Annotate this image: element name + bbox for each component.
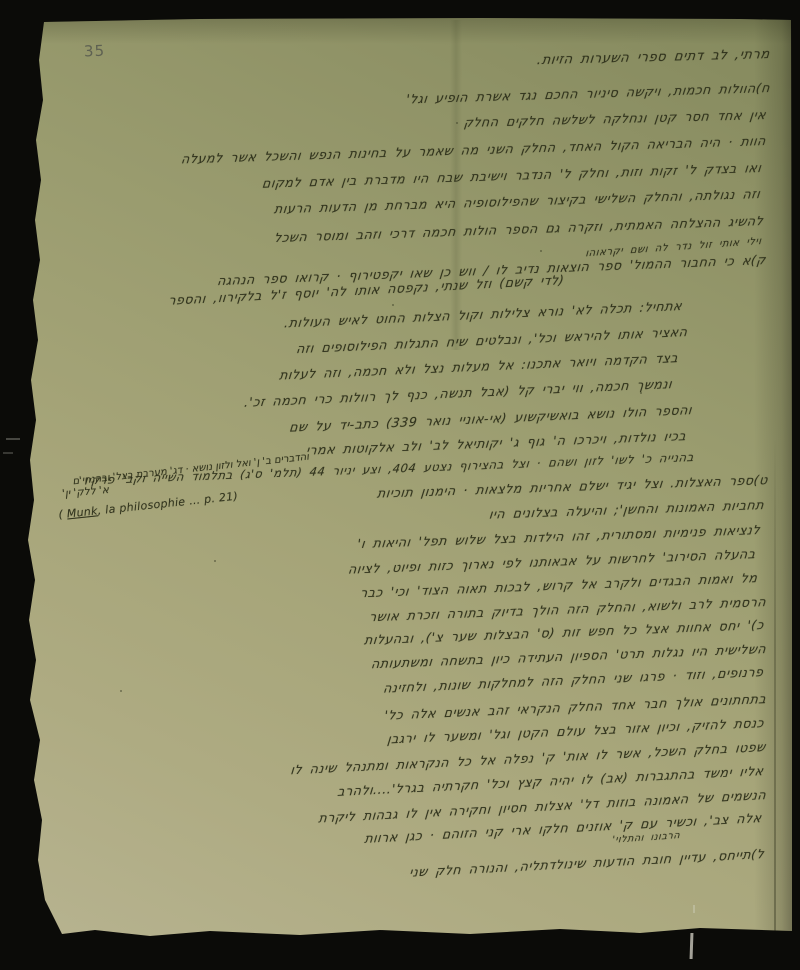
manuscript-line: ואו בצדק ל' זקות וזות, וחלק ל' הנדבר ויש… bbox=[262, 160, 763, 191]
manuscript-text-layer: מרתי, לב דתים ספרי השערות הזיות.ח)הוולות… bbox=[0, 0, 800, 970]
manuscript-line: הוות · היה הבריאה הקול האחד, החלק השני מ… bbox=[180, 133, 767, 166]
manuscript-line: וזה נגולתה, והחלק השלישי בקיצור שהפילוסו… bbox=[273, 186, 761, 216]
mat-scratch bbox=[690, 933, 694, 959]
scanned-page-photo: 35 מרתי, לב דתים ספרי השערות הזיות.ח)הוו… bbox=[0, 0, 800, 970]
manuscript-line: אין אחד חסר קטן ונחלקה לשלשה חלקים החלק bbox=[463, 107, 767, 130]
mat-scratch bbox=[6, 438, 20, 440]
manuscript-line: ט)ספר האצלות. וצל יגיד ישלם אחריות מלצאו… bbox=[376, 472, 769, 501]
manuscript-line: תחביות האמונות והחשן'; והיעלה בצלונים הי… bbox=[488, 497, 765, 522]
mat-scratch bbox=[693, 905, 695, 913]
manuscript-paper: 35 מרתי, לב דתים ספרי השערות הזיות.ח)הוו… bbox=[0, 0, 800, 970]
mat-scratch bbox=[3, 452, 13, 454]
manuscript-line: לנציאות פנימיות ומסתורית, זהו הילדות בצל… bbox=[356, 522, 761, 551]
manuscript-line: ח)הוולות חכמות, ויקשה סיניור החכם נגד אש… bbox=[405, 80, 771, 107]
manuscript-line: אתחיל: תכלה לא' נורא צלילות וקול הצלות ה… bbox=[283, 298, 683, 330]
manuscript-line: מרתי, לב דתים ספרי השערות הזיות. bbox=[536, 47, 771, 68]
manuscript-line: פרנופים, וזוד · פרגו שני החלק הזה למחלקו… bbox=[383, 664, 765, 696]
manuscript-line: ל)תייחס, עדיין חובת הודעות שינולדתליה, ו… bbox=[408, 846, 765, 880]
